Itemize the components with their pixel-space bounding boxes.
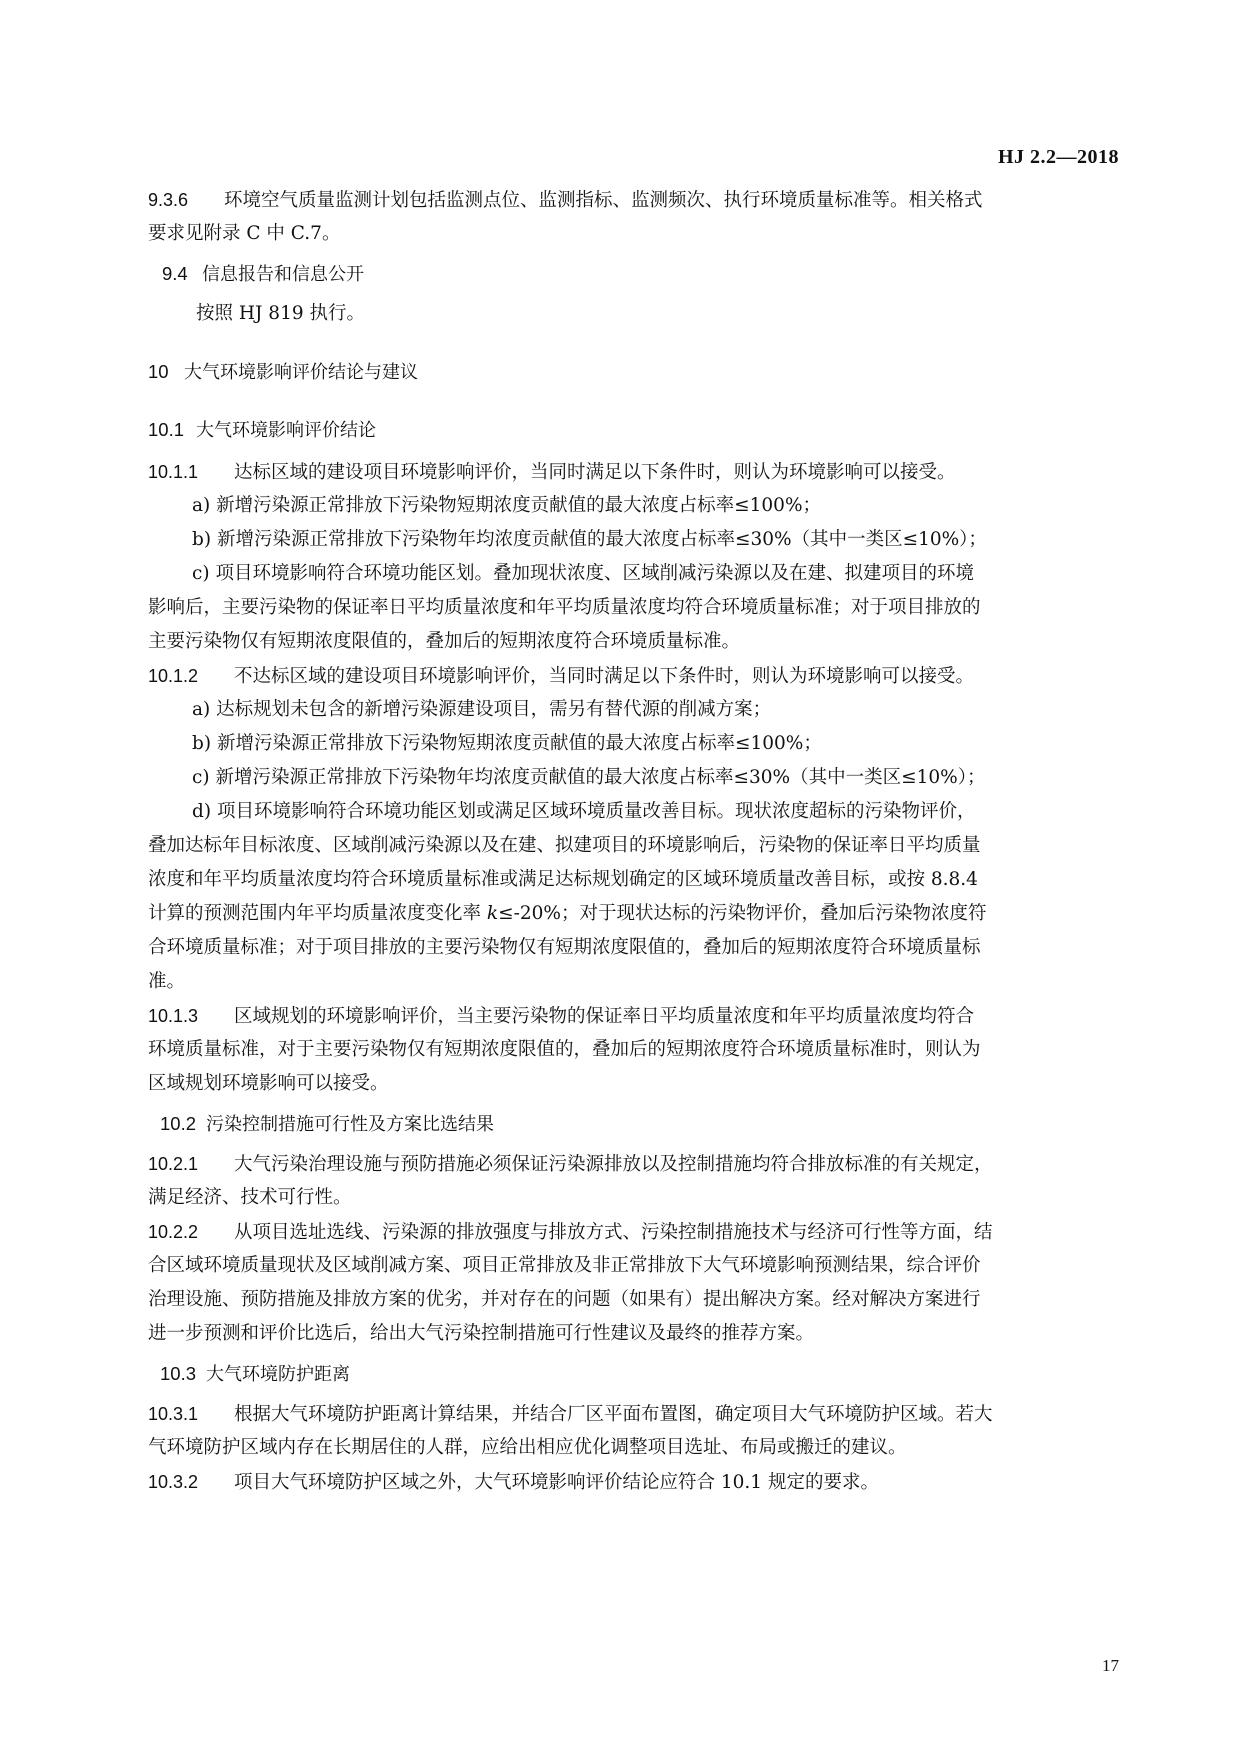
- clause-10-1-1-item-c-cont-2: 主要污染物仅有短期浓度限值的，叠加后的短期浓度符合环境质量标准。: [148, 630, 1110, 654]
- clause-10-1-2-item-c: c) 新增污染源正常排放下污染物年均浓度贡献值的最大浓度占标率≤30%（其中一类…: [148, 766, 1154, 790]
- heading-title: 污染控制措施可行性及方案比选结果: [206, 1114, 494, 1135]
- heading-number: 9.4: [162, 262, 202, 286]
- clause-10-3-1-line-2: 气环境防护区域内存在长期居住的人群，应给出相应优化调整项目选址、布局或搬迁的建议…: [148, 1436, 1110, 1460]
- clause-10-1-1-item-b: b) 新增污染源正常排放下污染物年均浓度贡献值的最大浓度占标率≤30%（其中一类…: [148, 528, 1154, 552]
- clause-9-4-text: 按照 HJ 819 执行。: [196, 302, 1158, 326]
- clause-10-1-3-line-3: 区域规划环境影响可以接受。: [148, 1072, 1110, 1096]
- clause-text: 区域规划的环境影响评价，当主要污染物的保证率日平均质量浓度和年平均质量浓度均符合: [234, 1006, 974, 1027]
- clause-text: 不达标区域的建设项目环境影响评价，当同时满足以下条件时，则认为环境影响可以接受。: [234, 666, 974, 687]
- heading-number: 10: [148, 360, 184, 384]
- clause-9-3-6-line-2: 要求见附录 C 中 C.7。: [148, 222, 1110, 246]
- clause-10-1-1-item-c: c) 项目环境影响符合环境功能区划。叠加现状浓度、区域削减污染源以及在建、拟建项…: [148, 562, 1154, 586]
- heading-10-2: 10.2污染控制措施可行性及方案比选结果: [160, 1112, 1122, 1137]
- clause-text: 达标区域的建设项目环境影响评价，当同时满足以下条件时，则认为环境影响可以接受。: [234, 462, 956, 483]
- clause-number: 10.1.1: [148, 460, 234, 484]
- clause-10-1-1: 10.1.1达标区域的建设项目环境影响评价，当同时满足以下条件时，则认为环境影响…: [148, 460, 1110, 485]
- clause-10-1-2-item-d-cont-4: 合环境质量标准；对于项目排放的主要污染物仅有短期浓度限值的，叠加后的短期浓度符合…: [148, 936, 1110, 960]
- heading-9-4: 9.4信息报告和信息公开: [162, 262, 1124, 287]
- text-segment: 计算的预测范围内年平均质量浓度变化率: [148, 903, 487, 924]
- clause-number: 9.3.6: [148, 188, 224, 212]
- clause-text: 根据大气环境防护距离计算结果，并结合厂区平面布置图，确定项目大气环境防护区域。若…: [234, 1404, 993, 1425]
- clause-10-1-3-line-1: 10.1.3区域规划的环境影响评价，当主要污染物的保证率日平均质量浓度和年平均质…: [148, 1004, 1110, 1029]
- heading-10-3: 10.3大气环境防护距离: [160, 1362, 1122, 1387]
- clause-10-1-2-item-d-cont-2: 浓度和年平均质量浓度均符合环境质量标准或满足达标规划确定的区域环境质量改善目标，…: [148, 868, 1110, 892]
- heading-10-1: 10.1大气环境影响评价结论: [148, 418, 1110, 443]
- clause-text: 大气污染治理设施与预防措施必须保证污染源排放以及控制措施均符合排放标准的有关规定…: [234, 1154, 993, 1175]
- clause-number: 10.1.2: [148, 664, 234, 688]
- heading-title: 大气环境影响评价结论: [196, 420, 376, 441]
- clause-number: 10.2.1: [148, 1152, 234, 1176]
- clause-10-2-1-line-2: 满足经济、技术可行性。: [148, 1186, 1110, 1210]
- clause-10-1-2-item-d-cont-5: 准。: [148, 970, 1110, 994]
- clause-10-2-1-line-1: 10.2.1大气污染治理设施与预防措施必须保证污染源排放以及控制措施均符合排放标…: [148, 1152, 1110, 1177]
- heading-number: 10.2: [160, 1112, 206, 1136]
- clause-10-3-2: 10.3.2项目大气环境防护区域之外，大气环境影响评价结论应符合 10.1 规定…: [148, 1470, 1110, 1495]
- clause-10-1-1-item-c-cont-1: 影响后，主要污染物的保证率日平均质量浓度和年平均质量浓度均符合环境质量标准；对于…: [148, 596, 1110, 620]
- variable-k: k: [487, 903, 498, 924]
- standard-code-header: HJ 2.2—2018: [998, 146, 1119, 169]
- clause-10-1-2-item-d-cont-3: 计算的预测范围内年平均质量浓度变化率 k≤-20%；对于现状达标的污染物评价，叠…: [148, 902, 1110, 926]
- clause-9-3-6-line-1: 9.3.6环境空气质量监测计划包括监测点位、监测指标、监测频次、执行环境质量标准…: [148, 188, 1110, 213]
- clause-text: 环境空气质量监测计划包括监测点位、监测指标、监测频次、执行环境质量标准等。相关格…: [224, 190, 983, 211]
- clause-number: 10.3.1: [148, 1402, 234, 1426]
- clause-number: 10.1.3: [148, 1004, 234, 1028]
- clause-10-1-2-item-b: b) 新增污染源正常排放下污染物短期浓度贡献值的最大浓度占标率≤100%；: [148, 732, 1154, 756]
- clause-10-2-2-line-4: 进一步预测和评价比选后，给出大气污染控制措施可行性建议及最终的推荐方案。: [148, 1322, 1110, 1346]
- heading-title: 信息报告和信息公开: [202, 264, 364, 285]
- clause-10-1-2-item-d-cont-1: 叠加达标年目标浓度、区域削减污染源以及在建、拟建项目的环境影响后，污染物的保证率…: [148, 834, 1110, 858]
- clause-10-2-2-line-3: 治理设施、预防措施及排放方案的优劣，并对存在的问题（如果有）提出解决方案。经对解…: [148, 1288, 1110, 1312]
- clause-10-1-2: 10.1.2不达标区域的建设项目环境影响评价，当同时满足以下条件时，则认为环境影…: [148, 664, 1110, 689]
- clause-10-1-2-item-d: d) 项目环境影响符合环境功能区划或满足区域环境质量改善目标。现状浓度超标的污染…: [148, 800, 1154, 824]
- heading-title: 大气环境防护距离: [206, 1364, 350, 1385]
- heading-number: 10.3: [160, 1362, 206, 1386]
- clause-text: 从项目选址选线、污染源的排放强度与排放方式、污染控制措施技术与经济可行性等方面，…: [234, 1222, 993, 1243]
- clause-10-1-1-item-a: a) 新增污染源正常排放下污染物短期浓度贡献值的最大浓度占标率≤100%；: [148, 494, 1154, 518]
- clause-10-1-3-line-2: 环境质量标准，对于主要污染物仅有短期浓度限值的，叠加后的短期浓度符合环境质量标准…: [148, 1038, 1110, 1062]
- text-segment: ≤-20%；对于现状达标的污染物评价，叠加后污染物浓度符: [498, 903, 986, 924]
- clause-number: 10.3.2: [148, 1470, 234, 1494]
- clause-10-1-2-item-a: a) 达标规划未包含的新增污染源建设项目，需另有替代源的削减方案；: [148, 698, 1154, 722]
- clause-text: 项目大气环境防护区域之外，大气环境影响评价结论应符合 10.1 规定的要求。: [234, 1472, 879, 1493]
- heading-number: 10.1: [148, 418, 196, 442]
- clause-10-2-2-line-1: 10.2.2从项目选址选线、污染源的排放强度与排放方式、污染控制措施技术与经济可…: [148, 1220, 1110, 1245]
- clause-10-3-1-line-1: 10.3.1根据大气环境防护距离计算结果，并结合厂区平面布置图，确定项目大气环境…: [148, 1402, 1110, 1427]
- clause-number: 10.2.2: [148, 1220, 234, 1244]
- clause-10-2-2-line-2: 合区域环境质量现状及区域削减方案、项目正常排放及非正常排放下大气环境影响预测结果…: [148, 1254, 1110, 1278]
- heading-10: 10大气环境影响评价结论与建议: [148, 360, 1110, 385]
- heading-title: 大气环境影响评价结论与建议: [184, 362, 418, 383]
- page-number: 17: [1102, 1656, 1119, 1676]
